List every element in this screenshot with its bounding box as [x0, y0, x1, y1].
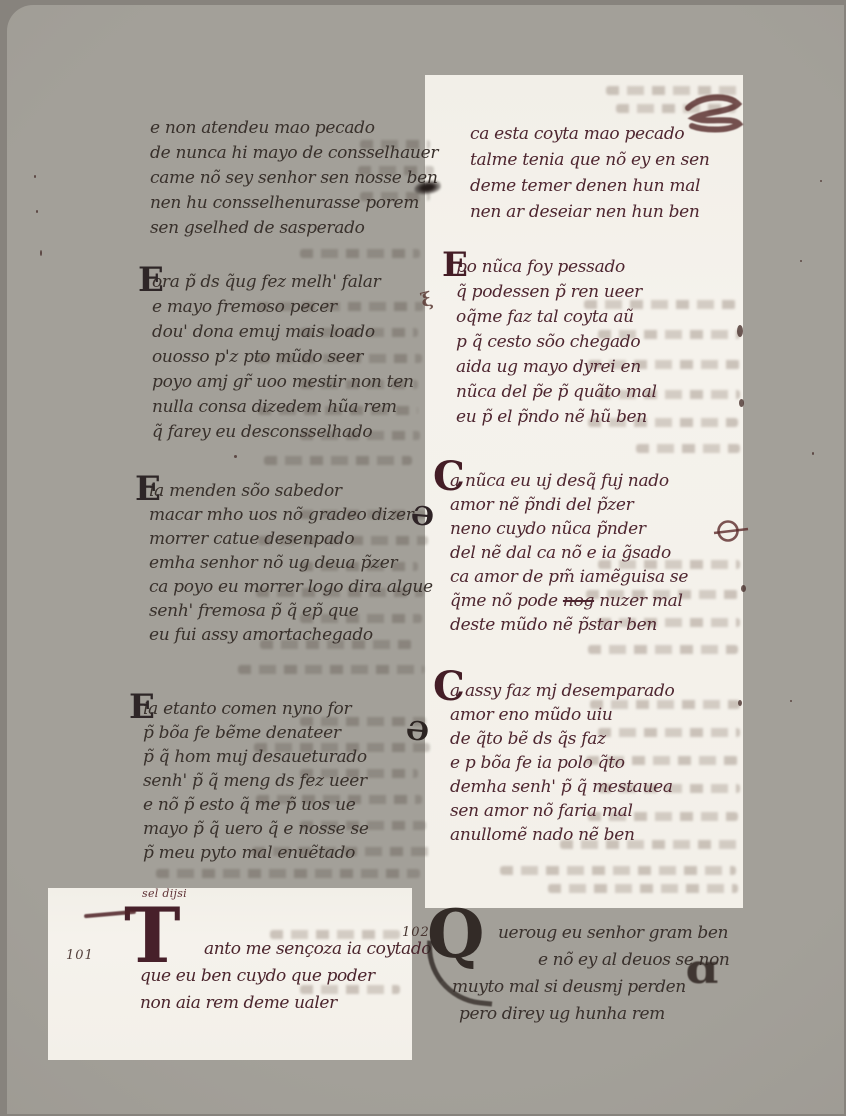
poem-101: anto me sençoza ia coytadoque eu ben cuy… — [140, 936, 431, 1017]
verse-line: ouosso p'z pto mũdo seer — [152, 345, 414, 370]
poem-number-102: 102 — [402, 925, 430, 940]
verse-line: pero direy ug hunha rem — [452, 1001, 729, 1028]
bleedthrough-line — [264, 456, 412, 465]
stanza-left-1: e non atendeu mao pecadode nunca hi mayo… — [150, 116, 438, 241]
illuminated-initial: E — [135, 472, 161, 506]
verse-line: dou' dona emuj mais loado — [152, 320, 414, 345]
ink-speck — [34, 175, 36, 178]
verse-line: eu fui assy amortachegado — [149, 623, 433, 647]
verse-line: q̃ podessen p̃ ren ueer — [456, 280, 657, 305]
verse-line: amor eno mũdo uiu — [450, 703, 674, 727]
stanza-left-2: E ora p̃ ds q̃ug fez melh' falare mayo f… — [152, 270, 414, 445]
verse-line: mayo p̃ q̃ uero q̃ e nosse se — [143, 817, 369, 841]
verse-line: de nunca hi mayo de consselhauer — [150, 141, 438, 166]
verse-line: q̃ farey eu desconsselhado — [152, 420, 414, 445]
poem-number-101: 101 — [66, 948, 94, 963]
ink-speck — [738, 700, 742, 706]
verse-line: que eu ben cuydo que poder — [140, 963, 431, 990]
stanza-right-4: C a assy faz mj desemparadoamor eno mũdo… — [450, 679, 674, 847]
verse-line: nen ar deseiar nen hun ben — [470, 199, 710, 225]
verse-line: ora p̃ ds q̃ug fez melh' falar — [152, 270, 414, 295]
verse-line: ia etanto comen nyno for — [143, 697, 369, 721]
verse-line: ia menden sõo sabedor — [149, 479, 433, 503]
verse-line: e mayo fremoso pecer — [152, 295, 414, 320]
verse-line: demha senh' p̃ q̃ mestauea — [450, 775, 674, 799]
ink-speck — [741, 585, 746, 592]
verse-line: p q̃ cesto sõo chegado — [456, 330, 657, 355]
paragraph-mark: Ə — [405, 716, 430, 748]
bleedthrough-line — [636, 444, 740, 453]
verse-line: anullomẽ nado nẽ ben — [450, 823, 674, 847]
ink-speck — [739, 399, 744, 407]
verse-line: p̃ q̃ hom muj desaueturado — [143, 745, 369, 769]
verse-line: came nõ sey senhor sen nosse ben — [150, 166, 438, 191]
verse-line: ueroug eu senhor gram ben — [452, 920, 729, 947]
illuminated-initial: E — [442, 248, 468, 282]
verse-line: sen gselhed de sasperado — [150, 216, 438, 241]
bleedthrough-line — [300, 249, 420, 258]
verse-line: senh' p̃ q̃ meng ds fez ueer — [143, 769, 369, 793]
ink-speck — [790, 700, 792, 702]
verse-line: morrer catue desenpado — [149, 527, 433, 551]
verse-line: ca esta coyta mao pecado — [470, 121, 710, 147]
paragraph-mark: Ə — [410, 501, 435, 533]
verse-line: de q̃to bẽ ds q̃s faz — [450, 727, 674, 751]
ink-speck — [36, 210, 38, 213]
stanza-right-3: C a nũca eu uj desq̃ fuj nadoamor nẽ p̃n… — [450, 469, 688, 637]
bleedthrough-line — [548, 884, 738, 893]
bleedthrough-line — [588, 645, 738, 654]
verse-line: nen hu consselhenurasse porem — [150, 191, 438, 216]
verse-line: amor nẽ p̃ndi del p̃zer — [450, 493, 688, 517]
verse-line: e nõ p̃ esto q̃ me p̃ uos ue — [143, 793, 369, 817]
verse-line: talme tenia que nõ ey en sen — [470, 147, 710, 173]
verse-line: neno cuydo nũca p̃nder — [450, 517, 688, 541]
bleedthrough-line — [156, 869, 420, 878]
verse-line: deste mũdo nẽ p̃star ben — [450, 613, 688, 637]
verse-line: ca poyo eu morrer logo dira algue — [149, 575, 433, 599]
verse-line: aida ug mayo dyrei en — [456, 355, 657, 380]
stanza-right-2: E po nũca foy pessadoq̃ podessen p̃ ren … — [456, 255, 657, 430]
verse-line: deme temer denen hun mal — [470, 173, 710, 199]
verse-line: senh' fremosa p̃ q̃ ep̃ que — [149, 599, 433, 623]
verse-line: del nẽ dal ca nõ e ia g̃sado — [450, 541, 688, 565]
verse-line: e non atendeu mao pecado — [150, 116, 438, 141]
bleedthrough-line — [238, 665, 424, 674]
verse-line: po nũca foy pessado — [456, 255, 657, 280]
ink-speck — [40, 250, 42, 256]
verse-line: sen amor nõ faria mal — [450, 799, 674, 823]
verse-line: emha senhor nõ ug deua p̃zer — [149, 551, 433, 575]
verse-line: a nũca eu uj desq̃ fuj nado — [450, 469, 688, 493]
ink-speck — [737, 325, 743, 337]
verse-line: nũca del p̃e p̃ quãto mal — [456, 380, 657, 405]
manuscript-scan: { "colors": { "outer_bg": "#87837d", "pa… — [0, 0, 846, 1116]
stanza-right-1: ca esta coyta mao pecadotalme tenia que … — [470, 121, 710, 225]
ink-smudge-top-right — [682, 92, 746, 144]
verse-line: anto me sençoza ia coytado — [140, 936, 431, 963]
verse-line: e p bõa fe ia polo q̃to — [450, 751, 674, 775]
stanza-left-3: E ia menden sõo sabedormacar mho uos nõ … — [149, 479, 433, 647]
stanza-left-4: E ia etanto comen nyno forp̃ bõa fe bẽme… — [143, 697, 369, 865]
verse-line: a assy faz mj desemparado — [450, 679, 674, 703]
verse-line: nulla consa dizedem hũa rem — [152, 395, 414, 420]
verse-line: p̃ bõa fe bẽme denateer — [143, 721, 369, 745]
verse-line: p̃ meu pyto mal enuẽtado — [143, 841, 369, 865]
theta-ring-mark — [712, 516, 750, 548]
verse-line: eu p̃ el p̃ndo nẽ hũ ben — [456, 405, 657, 430]
illuminated-initial: E — [138, 263, 164, 297]
bleedthrough-line — [500, 866, 736, 875]
ink-speck — [820, 180, 822, 182]
ink-speck — [812, 452, 814, 455]
illuminated-initial: C — [433, 670, 465, 704]
verse-line: poyo amj gr̃ uoo mestir non ten — [152, 370, 414, 395]
ink-speck — [800, 260, 802, 262]
illuminated-initial: E — [129, 690, 155, 724]
guide-letter-mark: ɑ — [685, 946, 718, 993]
verse-line: oq̃me faz tal coyta aũ — [456, 305, 657, 330]
verse-line: ca amor de pm̃ iamẽguisa se — [450, 565, 688, 589]
verse-line: non aia rem deme ualer — [140, 990, 431, 1017]
ink-speck — [234, 455, 237, 458]
verse-line: macar mho uos nõ gradeo dizer — [149, 503, 433, 527]
verse-line: q̃me nõ pode nog nuzer mal — [450, 589, 688, 613]
illuminated-initial: C — [433, 460, 465, 494]
